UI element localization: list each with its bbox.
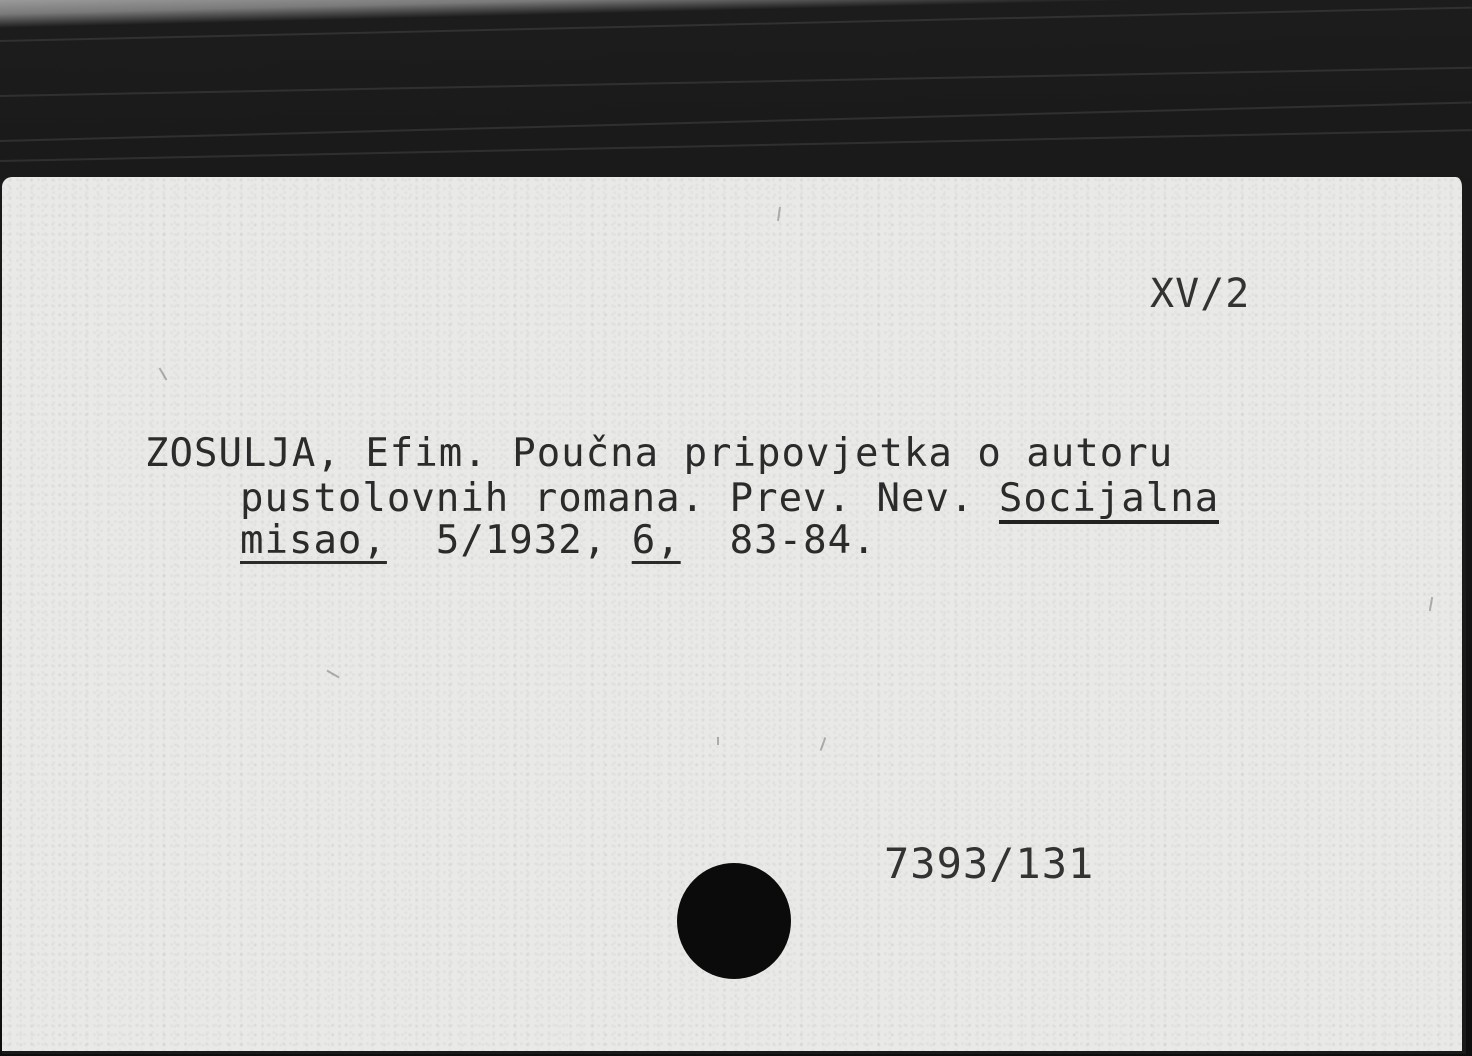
article-title-continued: pustolovnih romana. (240, 476, 705, 521)
journal-name-part-2: misao, (240, 518, 387, 563)
background-texture-stripe (0, 101, 1472, 142)
catalog-card: XV/2 ZOSULJA, Efim. Poučna pripovjetka o… (2, 177, 1466, 1054)
journal-name-part-1: Socijalna (999, 480, 1219, 524)
issue-year: 5/1932, (436, 518, 607, 563)
author-name: ZOSULJA, Efim. (145, 431, 488, 476)
paper-fiber-mark (777, 207, 781, 221)
background-texture-stripe (0, 7, 1472, 42)
background-texture-stripe (0, 67, 1472, 97)
paper-fiber-mark (326, 670, 339, 679)
entry-line-1: ZOSULJA, Efim. Poučna pripovjetka o auto… (145, 432, 1173, 476)
entry-line-3: misao, 5/1932, 6, 83-84. (240, 519, 877, 563)
accession-number: 7393/131 (884, 842, 1094, 886)
scanned-catalog-card-image: XV/2 ZOSULJA, Efim. Poučna pripovjetka o… (0, 0, 1472, 1056)
punch-hole (677, 863, 791, 979)
article-title: Poučna pripovjetka o autoru (512, 431, 1173, 476)
paper-fiber-mark (1429, 597, 1433, 611)
entry-line-2: pustolovnih romana. Prev. Nev. Socijalna (240, 477, 1219, 524)
paper-fiber-mark (159, 367, 168, 380)
volume-number: 6, (632, 518, 681, 563)
paper-fiber-mark (717, 737, 719, 745)
page-range: 83-84. (730, 518, 877, 563)
call-number: XV/2 (1150, 272, 1250, 316)
paper-fiber-mark (820, 737, 827, 751)
translator-note: Prev. Nev. (730, 476, 975, 521)
